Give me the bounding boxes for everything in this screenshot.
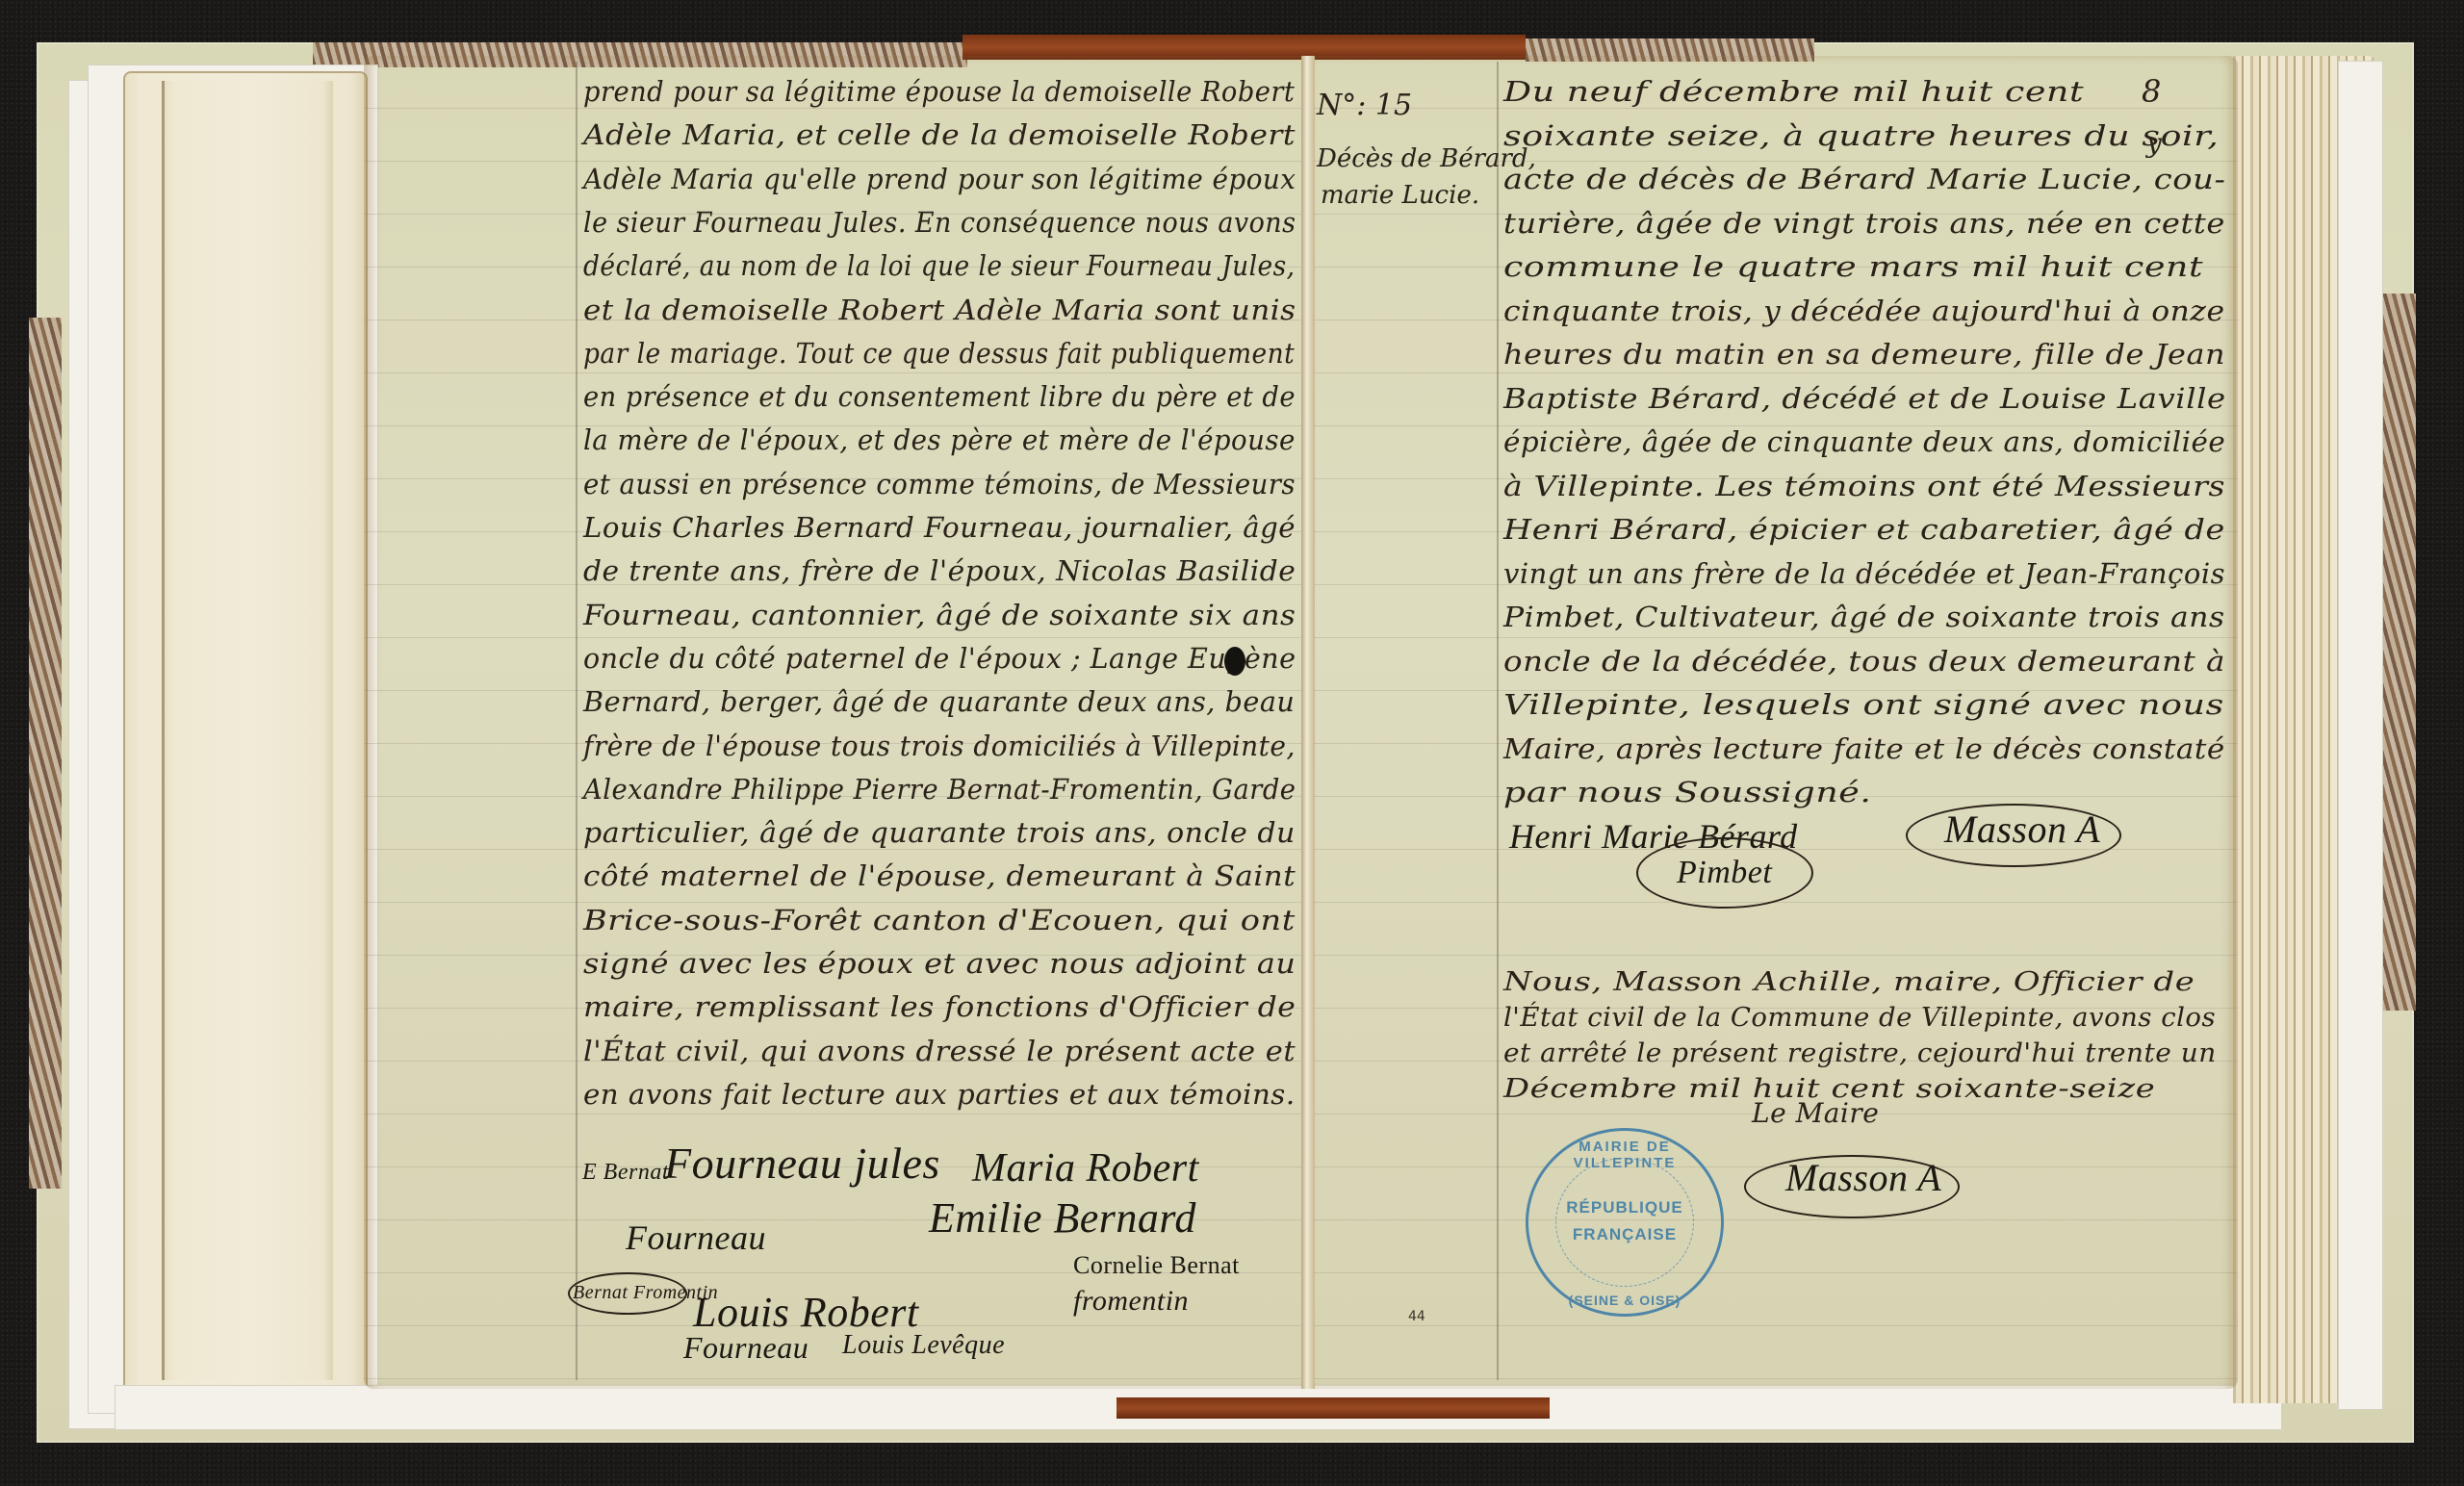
handwritten-line: Du neuf décembre mil huit cent: [1503, 75, 2084, 108]
handwritten-line: commune le quatre mars mil huit cent: [1503, 250, 2203, 283]
handwritten-line: le sieur Fourneau Jules. En conséquence …: [583, 206, 1296, 239]
signature-flourish: [568, 1272, 687, 1315]
marbled-cover-left: [29, 318, 62, 1189]
handwritten-line: frère de l'épouse tous trois domiciliés …: [583, 730, 1296, 762]
handwritten-line: Brice-sous-Forêt canton d'Ecouen, qui on…: [583, 904, 1296, 936]
handwritten-line: et aussi en présence comme témoins, de M…: [583, 468, 1296, 500]
handwritten-line: turière, âgée de vingt trois ans, née en…: [1503, 207, 2225, 240]
handwritten-line: en présence et du consentement libre du …: [583, 380, 1296, 413]
handwritten-line: l'État civil, qui avons dressé le présen…: [583, 1035, 1296, 1067]
stamp-ring-top-text: MAIRIE DE VILLEPINTE: [1528, 1139, 1721, 1171]
handwritten-line: Adèle Maria qu'elle prend pour son légit…: [583, 163, 1296, 195]
handwritten-line: Bernard, berger, âgé de quarante deux an…: [583, 685, 1295, 718]
stacked-page: [162, 81, 333, 1380]
signature-masson-1: Masson A: [1944, 807, 2100, 852]
handwritten-line: maire, remplissant les fonctions d'Offic…: [583, 990, 1296, 1023]
handwritten-line: oncle du côté paternel de l'époux ; Lang…: [583, 642, 1296, 675]
page-number: 44: [1408, 1309, 1425, 1324]
handwritten-line: Alexandre Philippe Pierre Bernat-Froment…: [583, 773, 1296, 806]
handwritten-line: et la demoiselle Robert Adèle Maria sont…: [583, 294, 1296, 326]
handwritten-line: Baptiste Bérard, décédé et de Louise Lav…: [1503, 382, 2226, 415]
signature-louis-leveque: Louis Levêque: [842, 1330, 1005, 1361]
signature-fourneau-2: Fourneau: [683, 1330, 808, 1366]
margin-note-line2: marie Lucie.: [1321, 181, 1479, 210]
entry-number: N°: 15: [1317, 89, 1412, 122]
handwritten-line: la mère de l'époux, et des père et mère …: [583, 423, 1296, 456]
handwritten-line: Louis Charles Bernard Fourneau, journali…: [583, 511, 1296, 544]
handwritten-line: à Villepinte. Les témoins ont été Messie…: [1503, 470, 2225, 502]
archival-sheet-right: [2339, 62, 2382, 1409]
right-page-margin-rule: [1497, 62, 1499, 1380]
handwritten-line: soixante seize, à quatre heures du soir,: [1503, 119, 2219, 152]
stamp-center-line1: RÉPUBLIQUE: [1528, 1198, 1721, 1217]
signature-emilie-bernard: Emilie Bernard: [929, 1193, 1196, 1243]
handwritten-line: l'État civil de la Commune de Villepinte…: [1503, 1003, 2216, 1033]
handwritten-line: et arrêté le présent registre, cejourd'h…: [1503, 1038, 2217, 1068]
handwritten-line: par nous Soussigné.: [1503, 776, 1872, 808]
handwritten-line: Nous, Masson Achille, maire, Officier de: [1503, 967, 2194, 997]
signature-pimbet: Pimbet: [1677, 855, 1772, 891]
signature-cornelie-bernat: Cornelie Bernat: [1073, 1251, 1240, 1280]
handwritten-line: particulier, âgé de quarante trois ans, …: [583, 816, 1296, 849]
handwritten-line: oncle de la décédée, tous deux demeurant…: [1503, 645, 2225, 678]
handwritten-line: Adèle Maria, et celle de la demoiselle R…: [583, 118, 1296, 151]
signature-fourneau: Fourneau: [626, 1217, 766, 1258]
handwritten-line: déclaré, au nom de la loi que le sieur F…: [583, 249, 1296, 282]
handwritten-line: par le mariage. Tout ce que dessus fait …: [583, 337, 1295, 370]
leather-spine-bottom: [1116, 1397, 1550, 1419]
handwritten-line: en avons fait lecture aux parties et aux…: [583, 1078, 1296, 1111]
handwritten-line: acte de décès de Bérard Marie Lucie, cou…: [1503, 163, 2225, 195]
handwritten-line: cinquante trois, y décédée aujourd'hui à…: [1503, 295, 2225, 327]
handwritten-line: Pimbet, Cultivateur, âgé de soixante tro…: [1503, 601, 2225, 633]
left-page-margin-rule: [576, 62, 577, 1380]
stamp-center-line2: FRANÇAISE: [1528, 1225, 1721, 1244]
handwritten-line: prend pour sa légitime épouse la demoise…: [583, 75, 1295, 108]
handwritten-line: de trente ans, frère de l'époux, Nicolas…: [583, 554, 1296, 587]
handwritten-line: Henri Bérard, épicier et cabaretier, âgé…: [1503, 513, 2225, 546]
handwritten-line: épicière, âgée de cinquante deux ans, do…: [1503, 425, 2225, 458]
binding-hole: [1224, 647, 1245, 676]
stamp-inner-ring: [1555, 1158, 1694, 1287]
signature-fromentin: fromentin: [1073, 1285, 1189, 1318]
signature-fourneau-jules: Fourneau jules: [664, 1138, 940, 1189]
closing-title-le-maire: Le Maire: [1752, 1097, 1879, 1129]
handwritten-line: Fourneau, cantonnier, âgé de soixante si…: [583, 599, 1296, 631]
handwritten-line: vingt un ans frère de la décédée et Jean…: [1503, 557, 2225, 590]
handwritten-line: heures du matin en sa demeure, fille de …: [1503, 338, 2225, 371]
marbled-cover-right: [2377, 294, 2416, 1011]
handwritten-line: signé avec les époux et avec nous adjoin…: [583, 947, 1296, 980]
margin-insert-y: y: [2146, 127, 2162, 159]
signature-maria-robert: Maria Robert: [972, 1145, 1199, 1191]
handwritten-line: Villepinte, lesquels ont signé avec nous: [1503, 688, 2224, 721]
book-gutter: [1301, 56, 1315, 1389]
margin-insert-8: 8: [2142, 73, 2162, 110]
handwritten-line: côté maternel de l'épouse, demeurant à S…: [583, 859, 1296, 892]
stamp-ring-bottom-text: (SEINE & OISE): [1528, 1293, 1721, 1308]
mairie-villepinte-stamp: MAIRIE DE VILLEPINTE RÉPUBLIQUE FRANÇAIS…: [1526, 1128, 1724, 1317]
handwritten-line: Maire, après lecture faite et le décès c…: [1503, 732, 2225, 765]
signature-e-bernat: E Bernat: [582, 1160, 669, 1186]
signature-masson-2: Masson A: [1785, 1155, 1941, 1200]
